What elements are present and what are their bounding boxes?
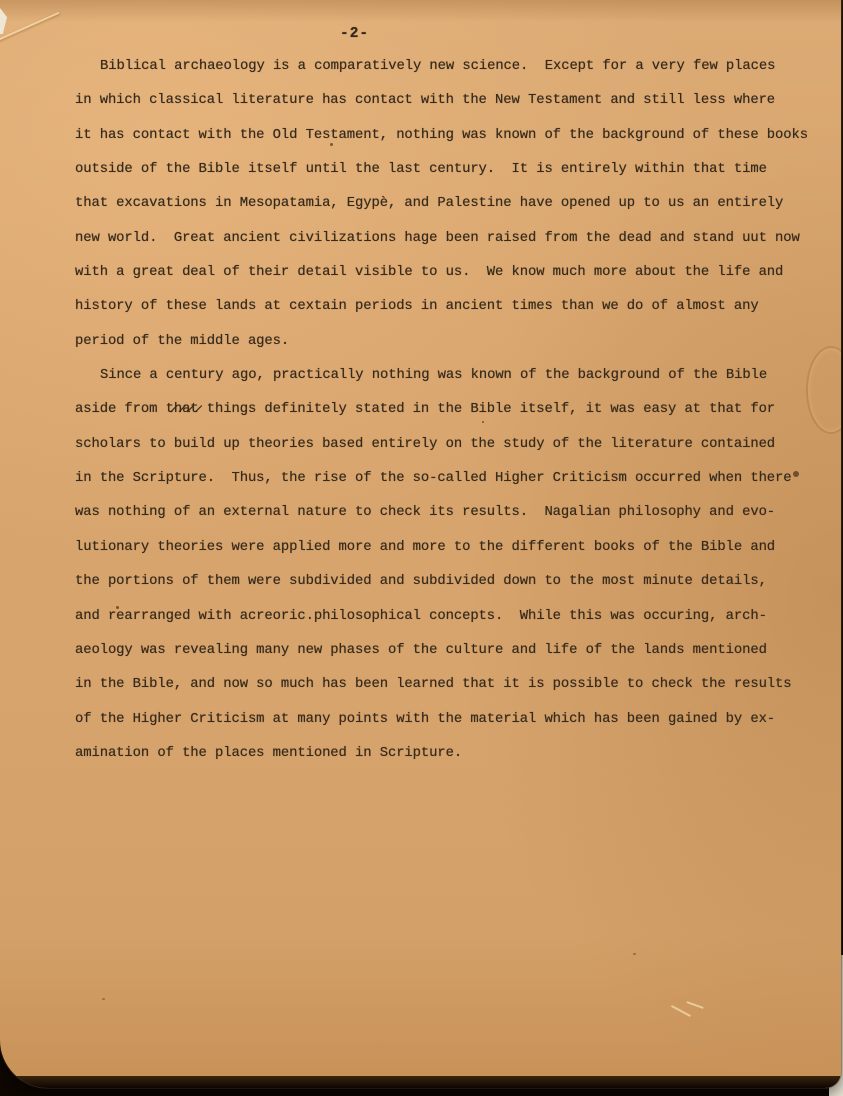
text-line: the portions of them were subdivided and… <box>75 564 820 598</box>
paper-top-shading <box>0 0 841 22</box>
text-line: period of the middle ages. <box>75 324 820 358</box>
paper-speck <box>633 953 636 955</box>
text-line: of the Higher Criticism at many points w… <box>75 702 820 736</box>
text-line: outside of the Bible itself until the la… <box>75 152 820 186</box>
text-line: aeology was revealing many new phases of… <box>75 633 820 667</box>
paper-bottom-edge <box>0 1076 841 1088</box>
text-line: that excavations in Mesopatamia, Egypè, … <box>75 186 820 220</box>
text-line: amination of the places mentioned in Scr… <box>75 736 820 770</box>
text-lines: Biblical archaeology is a comparatively … <box>75 49 820 770</box>
text-line: and rearranged with acreoric.philosophic… <box>75 599 820 633</box>
paper-speck <box>102 998 105 1000</box>
text-line: new world. Great ancient civilizations h… <box>75 221 820 255</box>
text-line: in the Bible, and now so much has been l… <box>75 667 820 701</box>
typewritten-page: -2- Biblical archaeology is a comparativ… <box>0 0 841 1088</box>
text-line: in which classical literature has contac… <box>75 83 820 117</box>
scan-background: -2- Biblical archaeology is a comparativ… <box>0 0 843 1096</box>
text-line: was nothing of an external nature to che… <box>75 495 820 529</box>
text-line: it has contact with the Old Testament, n… <box>75 118 820 152</box>
text-line: lutionary theories were applied more and… <box>75 530 820 564</box>
text-line: Since a century ago, practically nothing… <box>75 358 820 392</box>
text-line: Biblical archaeology is a comparatively … <box>75 49 820 83</box>
text-line: in the Scripture. Thus, the rise of the … <box>75 461 820 495</box>
page-number: -2- <box>340 26 369 42</box>
text-line: aside from t̷h̷a̷t̷ things definitely st… <box>75 392 820 426</box>
text-line: history of these lands at cextain period… <box>75 289 820 323</box>
text-line: scholars to build up theories based enti… <box>75 427 820 461</box>
text-line: with a great deal of their detail visibl… <box>75 255 820 289</box>
